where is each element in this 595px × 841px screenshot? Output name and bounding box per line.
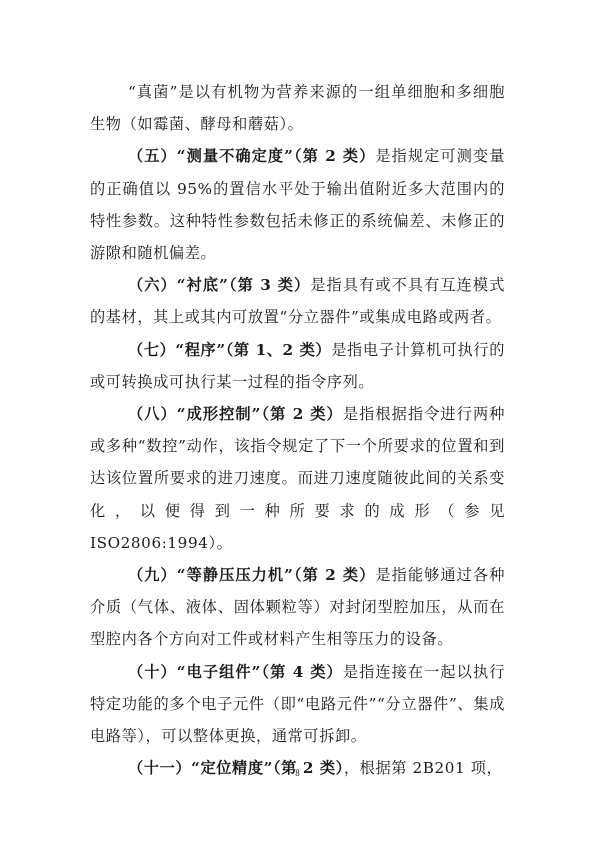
body-text: “真菌”是以有机物为营养来源的一组单细胞和多细胞生物（如霉菌、酵母和蘑菇）。 （… [90, 76, 505, 784]
paragraph-substrate: （六）“衬底”（第 3 类）是指具有或不具有互连模式的基材，其上或其内可放置“分… [90, 269, 505, 333]
paragraph-fungi: “真菌”是以有机物为营养来源的一组单细胞和多细胞生物（如霉菌、酵母和蘑菇）。 [90, 76, 505, 140]
document-page: “真菌”是以有机物为营养来源的一组单细胞和多细胞生物（如霉菌、酵母和蘑菇）。 （… [0, 0, 595, 841]
term-heading: （十）“电子组件”（第 4 类） [128, 663, 343, 681]
paragraph-program: （七）“程序”（第 1、2 类）是指电子计算机可执行的或可转换成可执行某一过程的… [90, 334, 505, 398]
definition-text: “真菌”是以有机物为营养来源的一组单细胞和多细胞生物（如霉菌、酵母和蘑菇）。 [90, 83, 505, 133]
term-heading: （九）“等静压压力机”（第 2 类） [128, 566, 375, 584]
term-heading: （八）“成形控制”（第 2 类） [128, 405, 343, 423]
paragraph-contouring-control: （八）“成形控制”（第 2 类）是指根据指令进行两种或多种“数控”动作，该指令规… [90, 398, 505, 559]
paragraph-isostatic-press: （九）“等静压压力机”（第 2 类）是指能够通过各种介质（气体、液体、固体颗粒等… [90, 559, 505, 656]
paragraph-electronic-assembly: （十）“电子组件”（第 4 类）是指连接在一起以执行特定功能的多个电子元件（即“… [90, 656, 505, 753]
term-heading: （七）“程序”（第 1、2 类） [128, 341, 331, 359]
paragraph-measurement-uncertainty: （五）“测量不确定度”（第 2 类）是指规定可测变量的正确值以 95%的置信水平… [90, 140, 505, 269]
term-heading: （六）“衬底”（第 3 类） [128, 276, 310, 294]
page-number: 8 [0, 768, 595, 778]
term-heading: （五）“测量不确定度”（第 2 类） [128, 147, 375, 165]
definition-text: 是指根据指令进行两种或多种“数控”动作，该指令规定了下一个所要求的位置和到达该位… [90, 405, 505, 552]
